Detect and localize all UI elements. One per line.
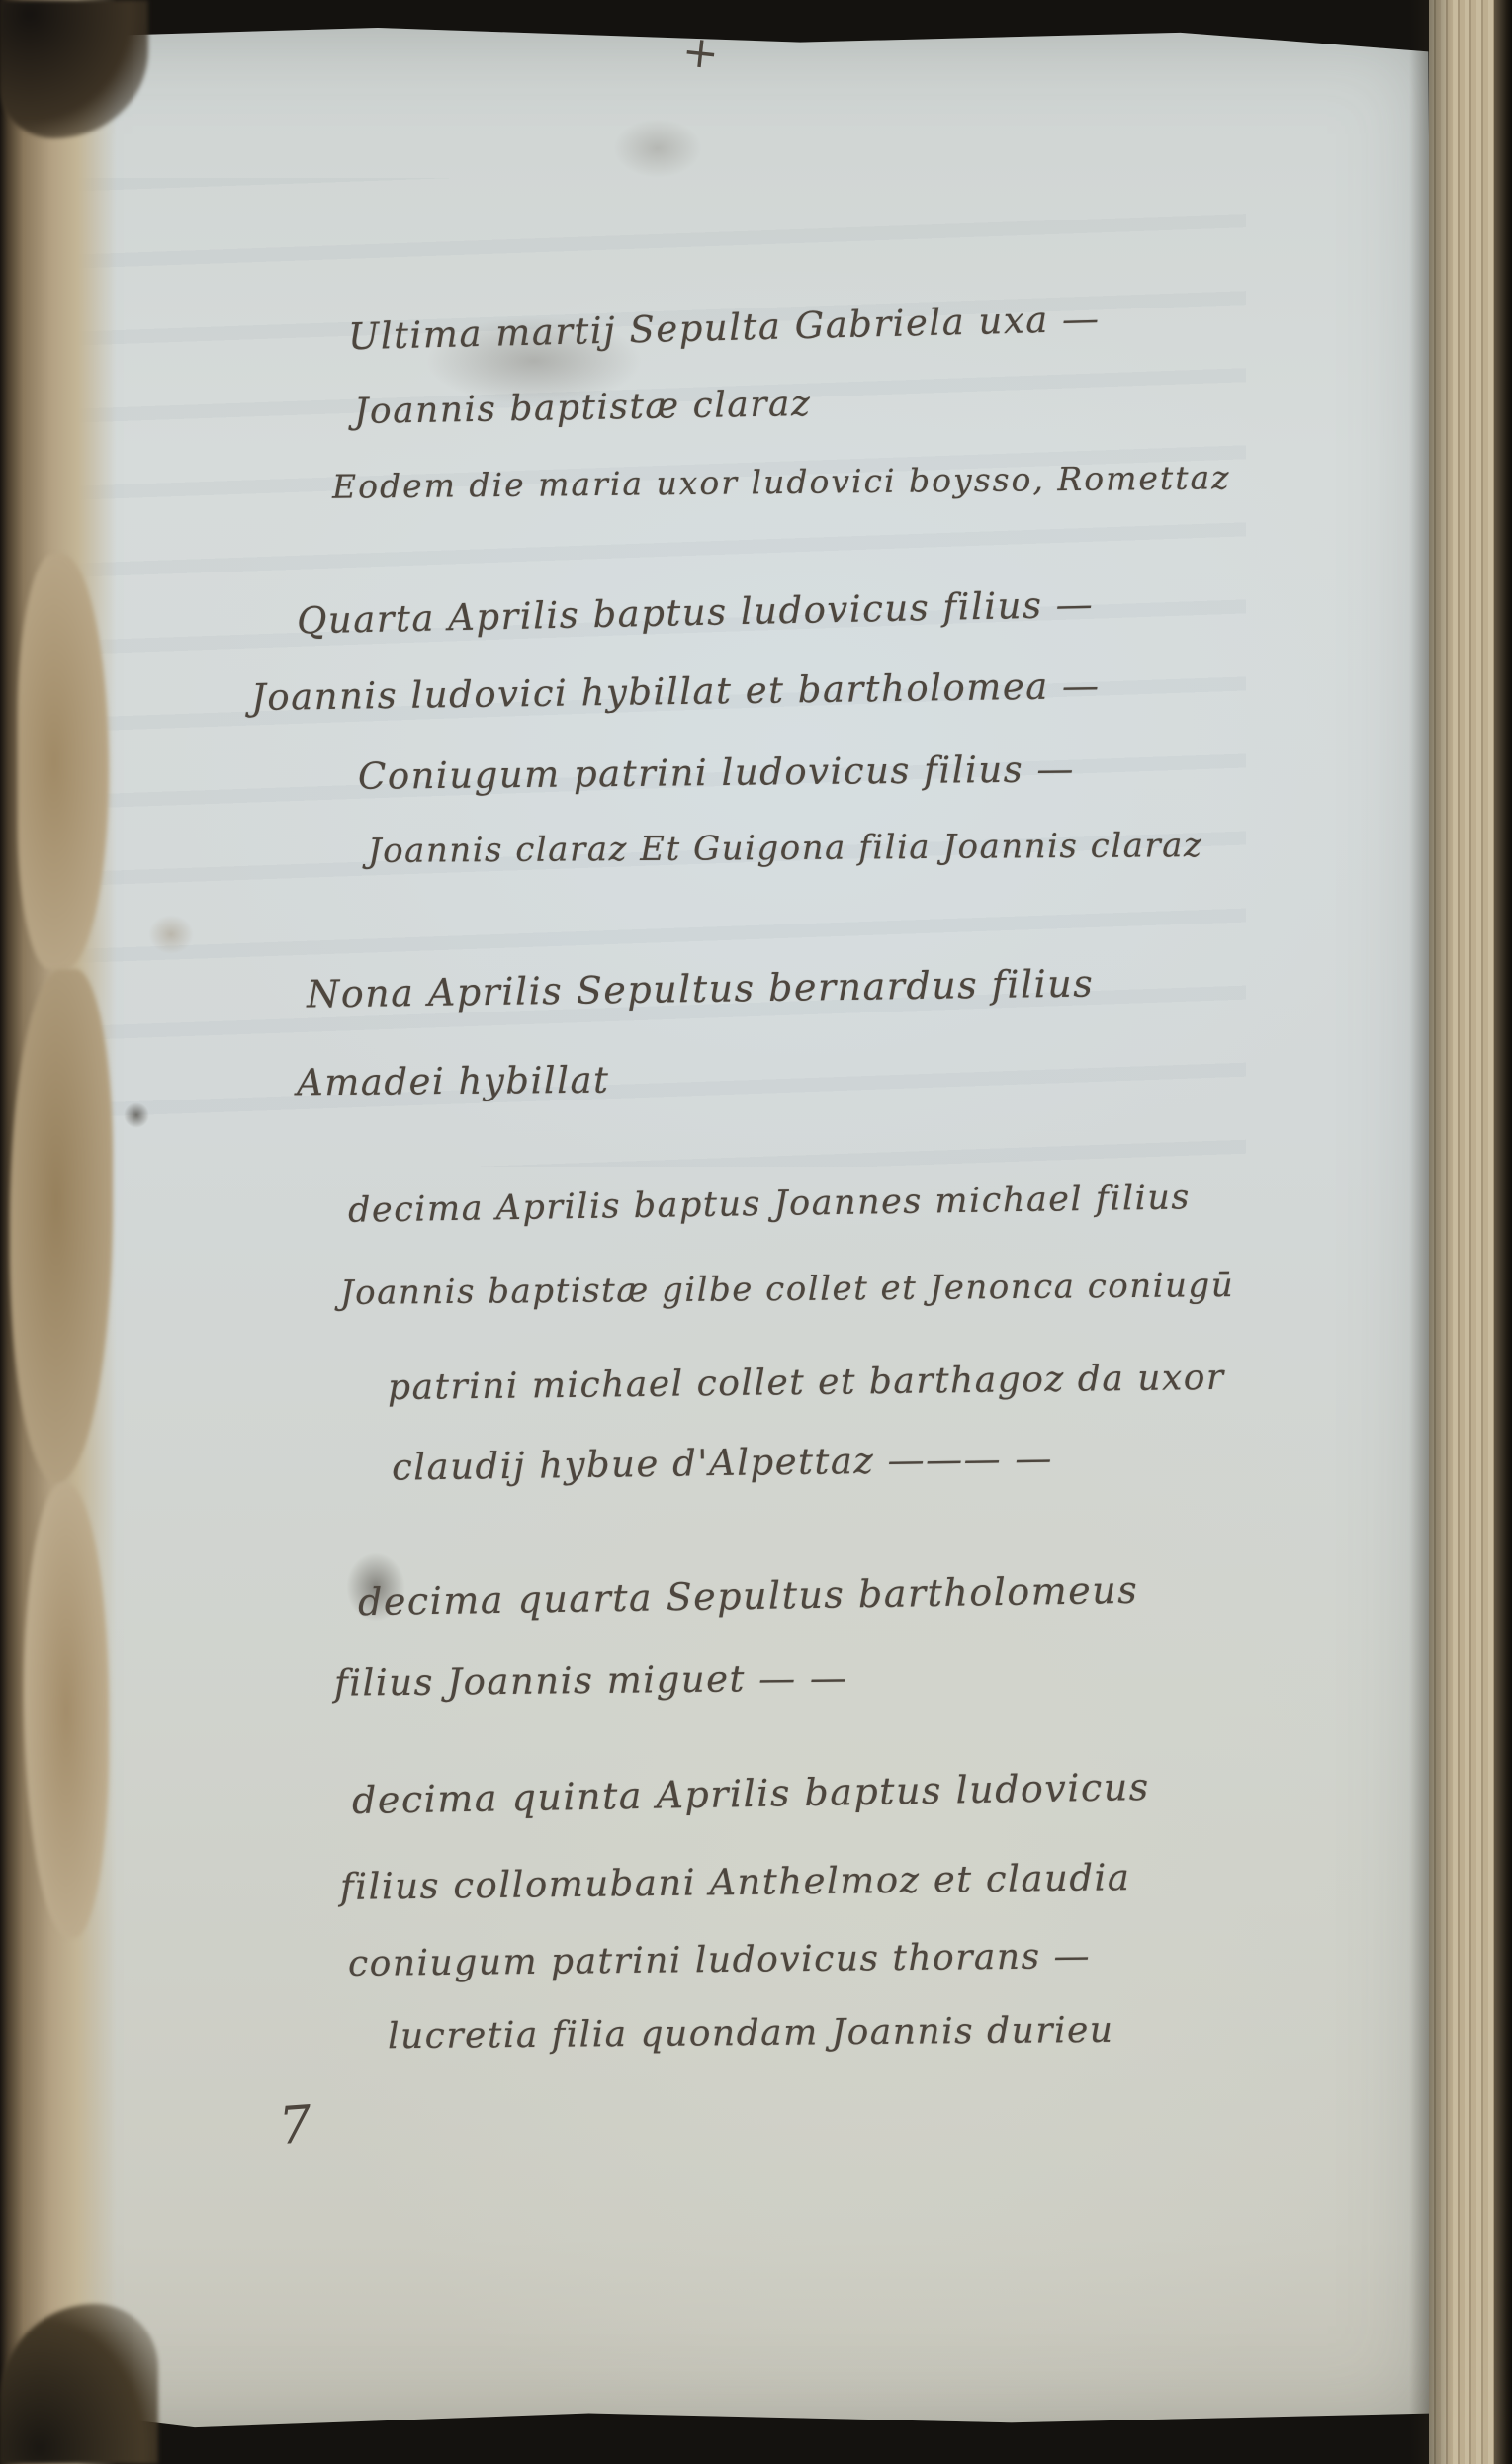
manuscript-line: Coniugum patrini ludovicus filius —: [358, 748, 1075, 798]
manuscript-line: Joannis baptistæ gilbe collet et Jenonca…: [340, 1266, 1234, 1313]
manuscript-photo: + Ultima martij Sepulta Gabriela uxa — J…: [0, 0, 1512, 2464]
manuscript-line: Joannis claraz Et Guigona filia Joannis …: [368, 826, 1203, 871]
folio-mark: +: [679, 26, 721, 80]
manuscript-line: Amadei hybillat: [297, 1059, 610, 1104]
page-number: 7: [277, 2095, 313, 2156]
manuscript-line: coniugum patrini ludovicus thorans —: [348, 1936, 1091, 1984]
manuscript-line: lucretia filia quondam Joannis durieu: [388, 2010, 1114, 2057]
manuscript-line: filius Joannis miguet — —: [334, 1656, 848, 1704]
photo-right-border: [1494, 0, 1512, 2464]
left-edge-fiber: [0, 2304, 158, 2464]
manuscript-line: Joannis baptistæ claraz: [354, 384, 812, 432]
